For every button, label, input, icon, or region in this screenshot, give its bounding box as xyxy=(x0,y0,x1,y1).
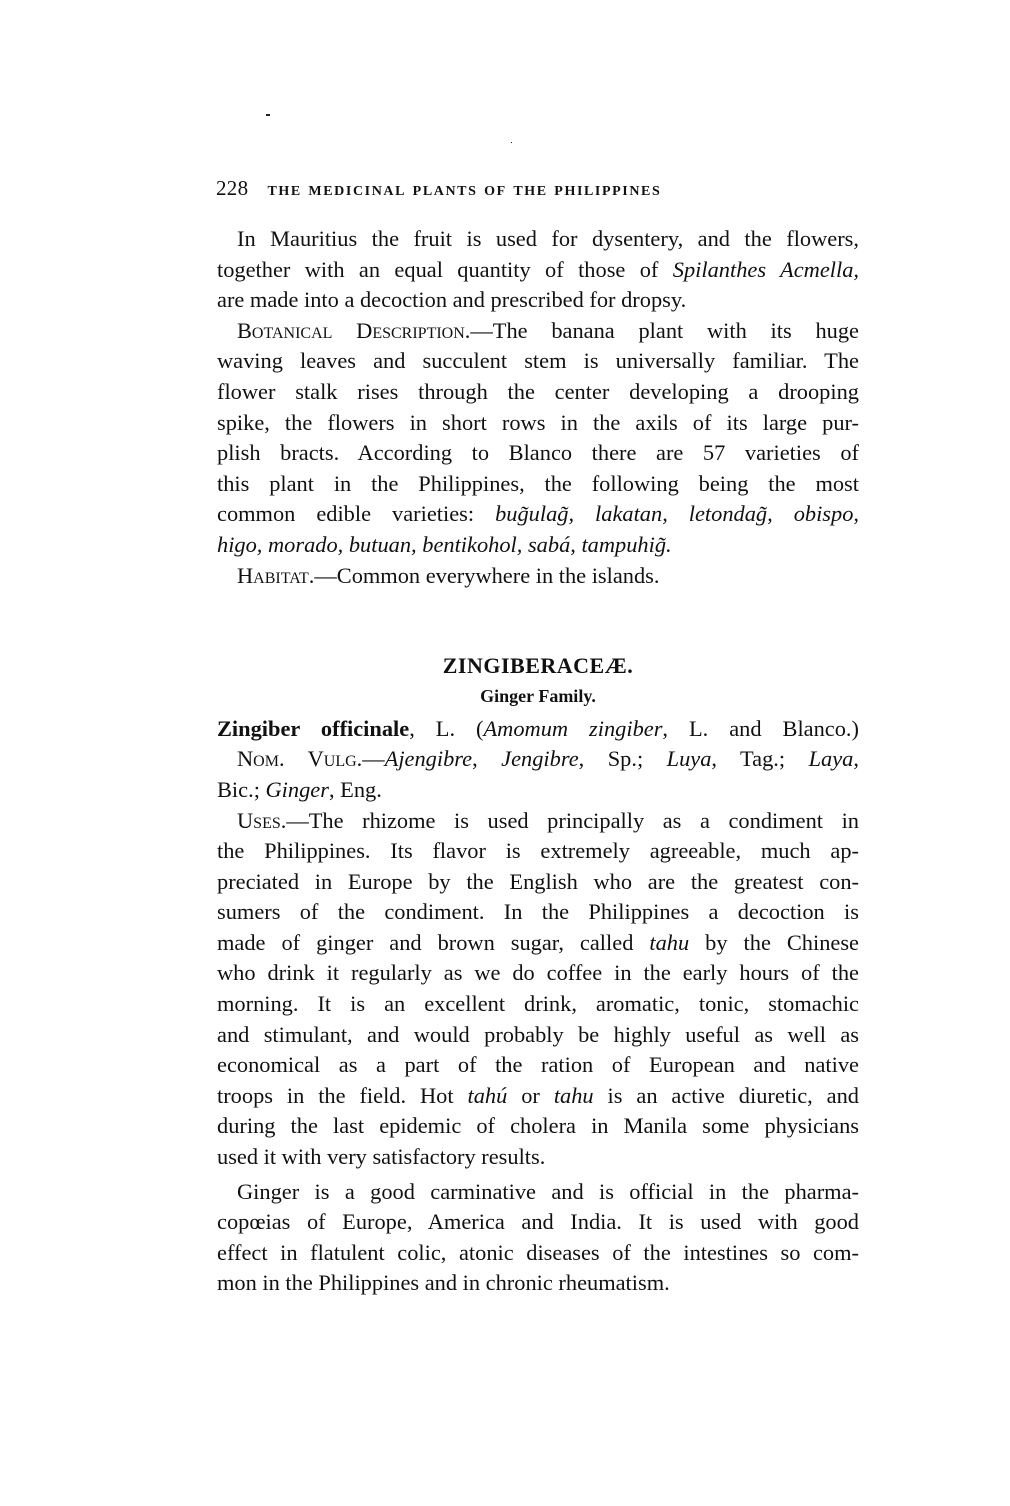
text-line: mon in the Philippines and in chronic rh… xyxy=(217,1268,859,1299)
text-line: spike, the flowers in short rows in the … xyxy=(217,408,859,439)
text-span: made of ginger and brown sugar, called xyxy=(217,930,649,955)
text-span: , xyxy=(853,746,859,771)
text-line: Ginger is a good carminative and is offi… xyxy=(217,1177,859,1208)
text-span: , Eng. xyxy=(329,777,382,802)
text-line: flower stalk rises through the center de… xyxy=(217,377,859,408)
vernacular-name: Luya xyxy=(667,746,712,771)
text-line: Habitat.—Common everywhere in the island… xyxy=(217,561,859,592)
italic-term: tahu xyxy=(649,930,689,955)
paragraph-uses: Uses.—The rhizome is used principally as… xyxy=(217,806,859,1173)
text-line: copœias of Europe, America and India. It… xyxy=(217,1207,859,1238)
page-body: In Mauritius the fruit is used for dysen… xyxy=(217,224,859,1299)
section-label: Uses. xyxy=(237,808,286,833)
vernacular-name: Jengibre xyxy=(501,746,579,771)
text-line: morning. It is an excellent drink, aroma… xyxy=(217,989,859,1020)
text-line: this plant in the Philippines, the follo… xyxy=(217,469,859,500)
text-span: by the Chinese xyxy=(689,930,859,955)
text-line: the Philippines. Its flavor is extremely… xyxy=(217,836,859,867)
species-name: Zingiber officinale xyxy=(217,716,409,741)
text-line: made of ginger and brown sugar, called t… xyxy=(217,928,859,959)
text-span: , Tag.; xyxy=(711,746,808,771)
text-span: , L. ( xyxy=(409,716,483,741)
text-line: In Mauritius the fruit is used for dysen… xyxy=(217,224,859,255)
text-line: higo, morado, butuan, bentikohol, sabá, … xyxy=(217,530,859,561)
text-line: effect in flatulent colic, atonic diseas… xyxy=(217,1238,859,1269)
text-span: or xyxy=(507,1083,553,1108)
text-span: common edible varieties: xyxy=(217,501,495,526)
paragraph-ginger: Ginger is a good carminative and is offi… xyxy=(217,1177,859,1299)
italic-varieties: bug̃ulag̃, lakatan, letondag̃, obispo, xyxy=(495,501,859,526)
paragraph-habitat: Habitat.—Common everywhere in the island… xyxy=(217,561,859,592)
text-line: troops in the field. Hot tahú or tahu is… xyxy=(217,1081,859,1112)
paragraph-nom-vulg: Nom. Vulg.—Ajengibre, Jengibre, Sp.; Luy… xyxy=(217,744,859,805)
text-line: Bic.; Ginger, Eng. xyxy=(217,775,859,806)
text-line: used it with very satisfactory results. xyxy=(217,1142,859,1173)
species-heading: Zingiber officinale, L. (Amomum zingiber… xyxy=(217,714,859,745)
text-line: during the last epidemic of cholera in M… xyxy=(217,1111,859,1142)
running-title: THE MEDICINAL PLANTS OF THE PHILIPPINES xyxy=(267,178,661,200)
text-span: , L. and Blanco.) xyxy=(662,716,859,741)
section-label: Botanical Description. xyxy=(237,318,470,343)
text-span: , Sp.; xyxy=(579,746,667,771)
text-line: Uses.—The rhizome is used principally as… xyxy=(217,806,859,837)
text-span: together with an equal quantity of those… xyxy=(217,257,673,282)
scan-speck xyxy=(511,142,512,143)
italic-varieties: higo, morado, butuan, bentikohol, sabá, … xyxy=(217,532,672,557)
text-span: —Common everywhere in the islands. xyxy=(314,563,659,588)
text-line: sumers of the condiment. In the Philippi… xyxy=(217,897,859,928)
italic-species: Spilanthes Acmella, xyxy=(673,257,859,282)
vernacular-name: Ajengibre xyxy=(385,746,472,771)
text-span: is an active diuretic, and xyxy=(594,1083,859,1108)
species-synonym: Amomum zingiber xyxy=(483,716,662,741)
text-span: , xyxy=(472,746,501,771)
text-span: Bic.; xyxy=(217,777,266,802)
text-line: economical as a part of the ration of Eu… xyxy=(217,1050,859,1081)
text-line: are made into a decoction and prescribed… xyxy=(217,285,859,316)
scan-speck xyxy=(266,114,270,116)
italic-term: tahú xyxy=(468,1083,508,1108)
text-line: together with an equal quantity of those… xyxy=(217,255,859,286)
text-line: who drink it regularly as we do coffee i… xyxy=(217,958,859,989)
vernacular-name: Laya xyxy=(809,746,854,771)
text-span: —The banana plant with its huge xyxy=(470,318,859,343)
text-line: preciated in Europe by the English who a… xyxy=(217,867,859,898)
section-label: Habitat. xyxy=(237,563,314,588)
paragraph-mauritius: In Mauritius the fruit is used for dysen… xyxy=(217,224,859,316)
text-line: Botanical Description.—The banana plant … xyxy=(217,316,859,347)
text-line: Nom. Vulg.—Ajengibre, Jengibre, Sp.; Luy… xyxy=(217,744,859,775)
vernacular-name: Ginger xyxy=(266,777,329,802)
text-line: waving leaves and succulent stem is univ… xyxy=(217,346,859,377)
text-line: plish bracts. According to Blanco there … xyxy=(217,438,859,469)
text-line: common edible varieties: bug̃ulag̃, laka… xyxy=(217,499,859,530)
text-span: troops in the field. Hot xyxy=(217,1083,468,1108)
text-span: — xyxy=(362,746,384,771)
text-span: —The rhizome is used principally as a co… xyxy=(286,808,859,833)
family-heading: ZINGIBERACEÆ. xyxy=(217,651,859,682)
italic-term: tahu xyxy=(554,1083,594,1108)
book-page: 228 THE MEDICINAL PLANTS OF THE PHILIPPI… xyxy=(0,0,1010,1506)
page-number: 228 xyxy=(216,176,248,200)
family-common-name: Ginger Family. xyxy=(217,682,859,710)
paragraph-botanical-description: Botanical Description.—The banana plant … xyxy=(217,316,859,561)
running-header: 228 THE MEDICINAL PLANTS OF THE PHILIPPI… xyxy=(216,176,862,201)
text-line: and stimulant, and would probably be hig… xyxy=(217,1020,859,1051)
section-label: Nom. Vulg. xyxy=(237,746,362,771)
spacer xyxy=(217,591,859,621)
